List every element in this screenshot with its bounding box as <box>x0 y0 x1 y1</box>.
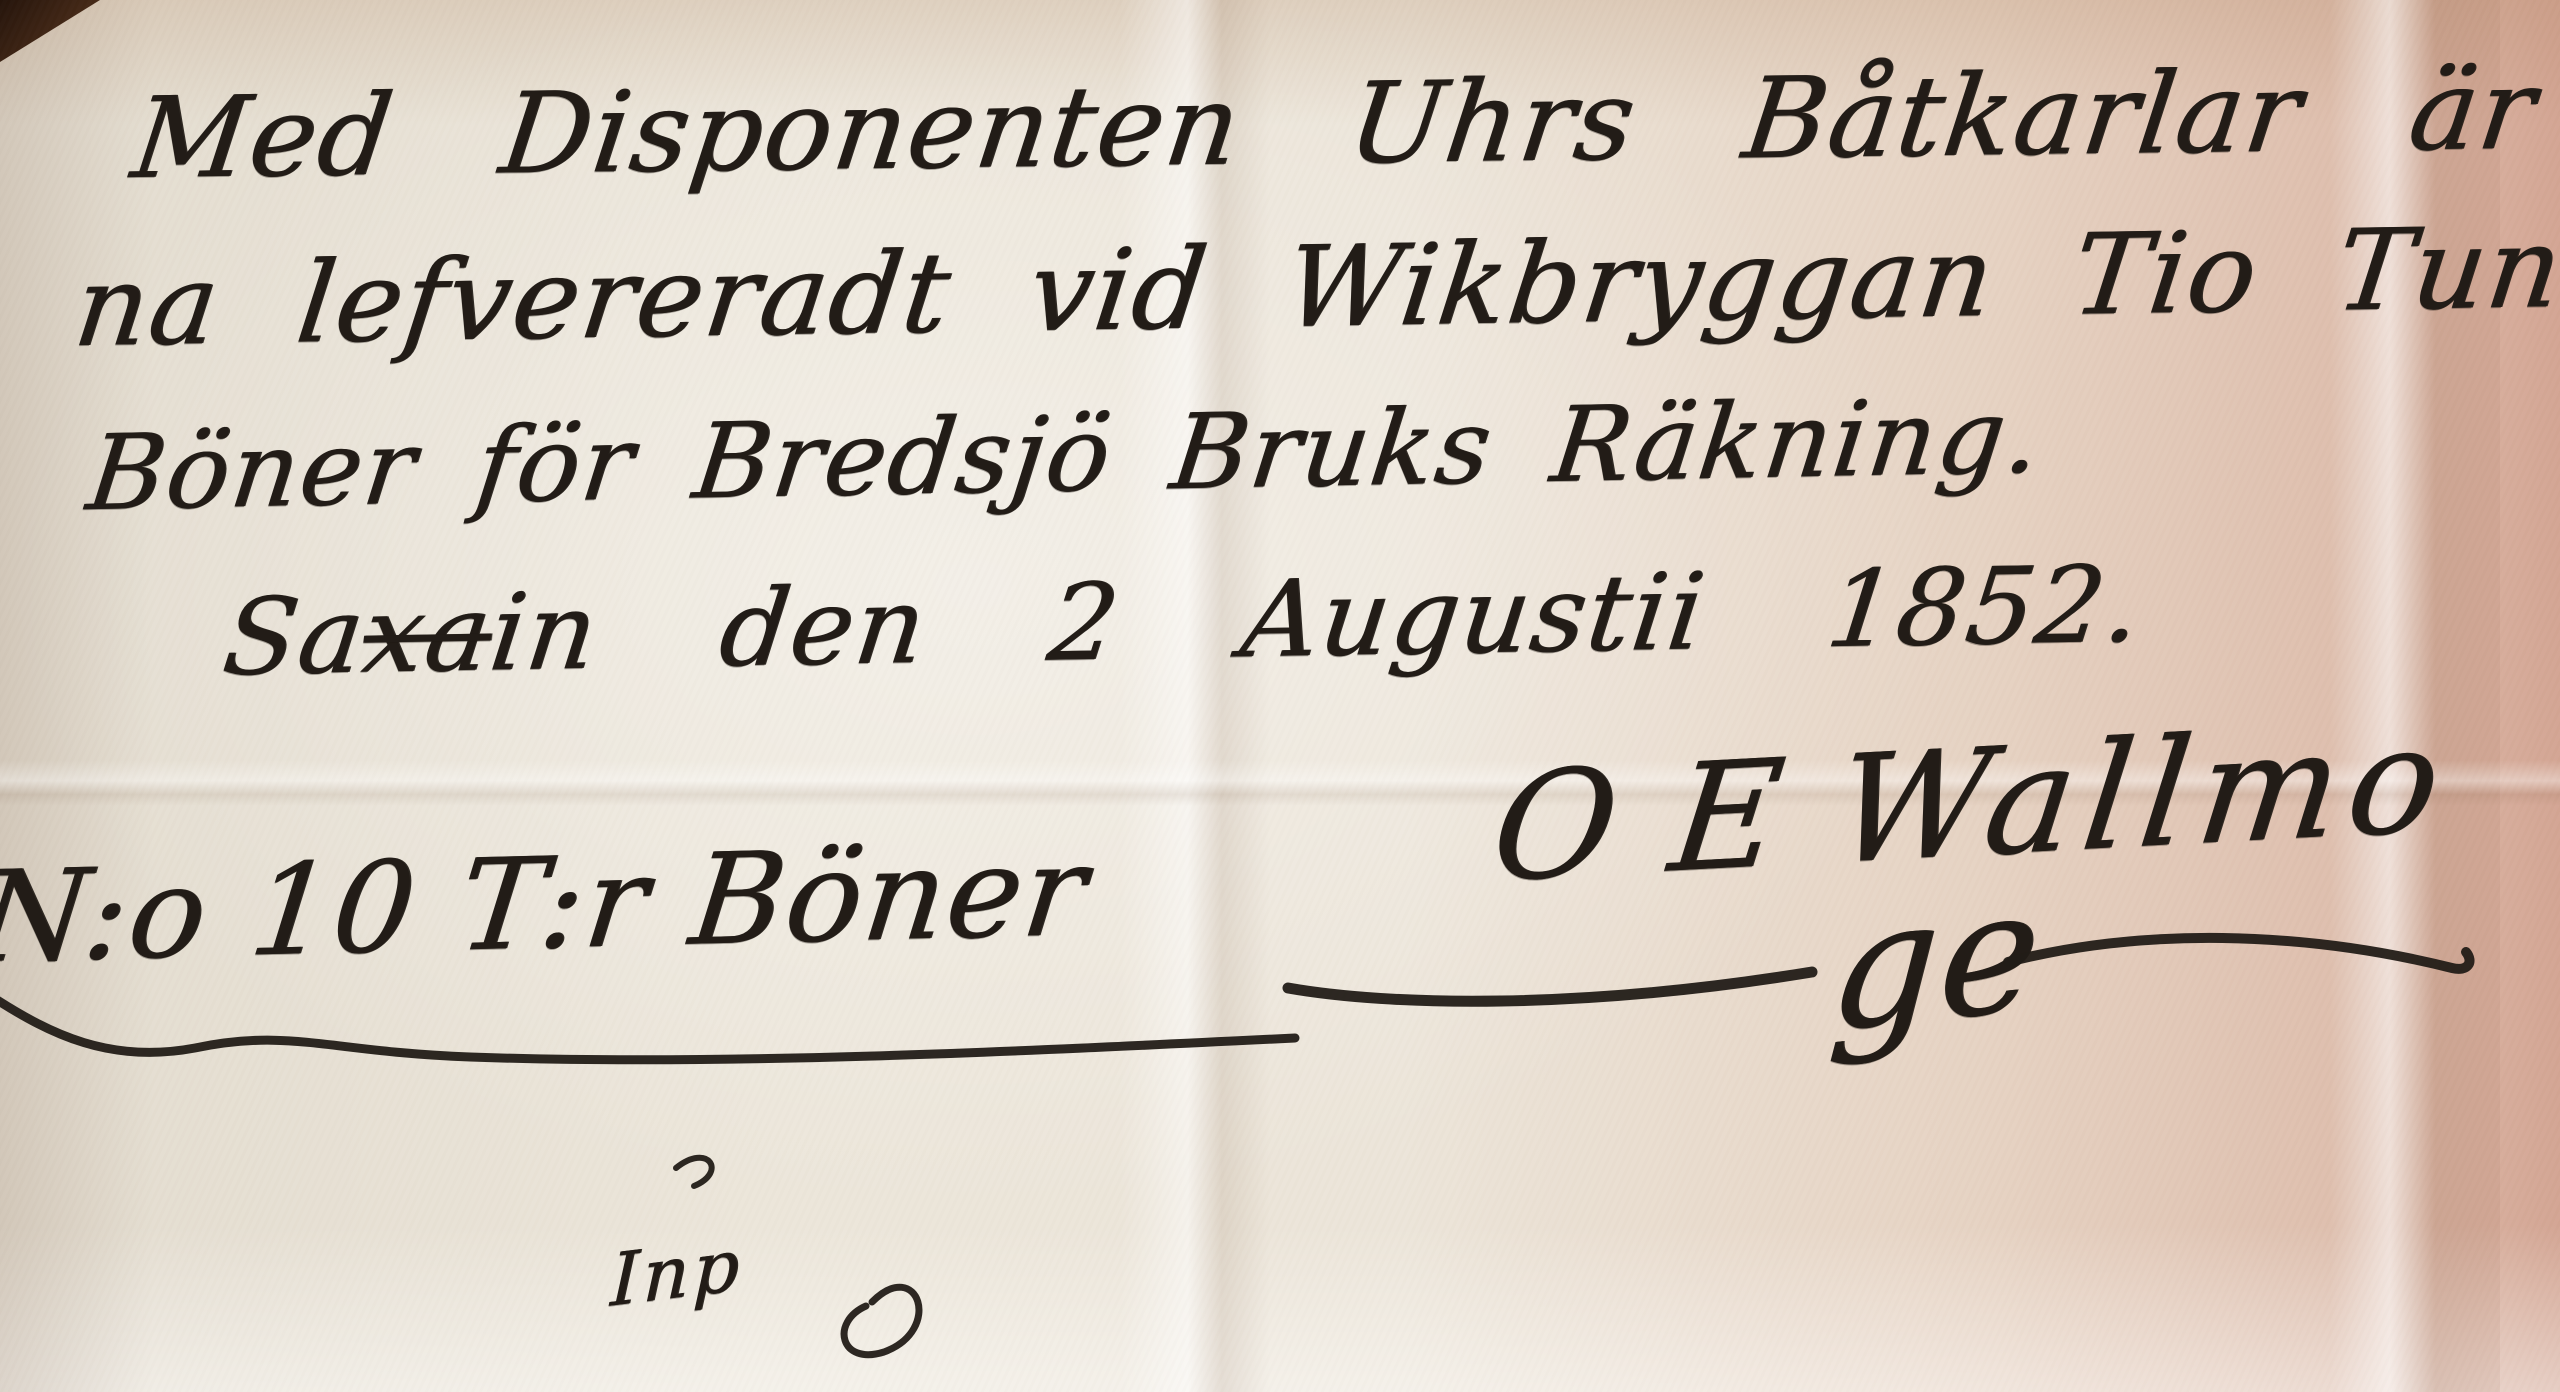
dateline-place-struck-out: xa <box>357 571 499 696</box>
letter-line-3: Böner för Bredsjö Bruks Räkning. <box>81 375 2048 535</box>
letter-line-2: na lefvereradt vid Wikbryggan Tio Tunnor <box>68 200 2560 372</box>
docket-quantity-line: N:o 10 T:r Böner <box>0 817 1095 992</box>
dateline-place-end: in <box>484 569 605 694</box>
signature-swash-right <box>2008 938 2470 969</box>
docket-quantity: 10 <box>243 833 424 984</box>
letter-dateline: Saxain den 2 Augustii 1852. <box>217 543 2149 700</box>
docket-unit: T:r <box>451 828 656 980</box>
center-fold-crease <box>1120 0 1270 1392</box>
bottom-mark-tail-loop <box>844 1287 919 1354</box>
docket-underline-swash <box>0 998 1295 1060</box>
table-corner-top-left <box>0 0 120 90</box>
bottom-ink-mark: Inp <box>609 1222 744 1323</box>
document-photo: Med Disponenten Uhrs Båtkarlar är den na… <box>0 0 2560 1392</box>
docket-numero-sign: N:o <box>0 838 216 991</box>
signature-paraph: ge <box>1824 850 2048 1071</box>
docket-item: Böner <box>683 817 1094 974</box>
bottom-mark-upper-loop <box>676 1158 712 1186</box>
dateline-date: den 2 Augustii 1852. <box>713 543 2148 691</box>
letter-line-1: Med Disponenten Uhrs Båtkarlar är den <box>125 41 2560 205</box>
dateline-place-start: Sa <box>217 574 372 700</box>
signature-swash-left <box>1288 972 1812 1001</box>
